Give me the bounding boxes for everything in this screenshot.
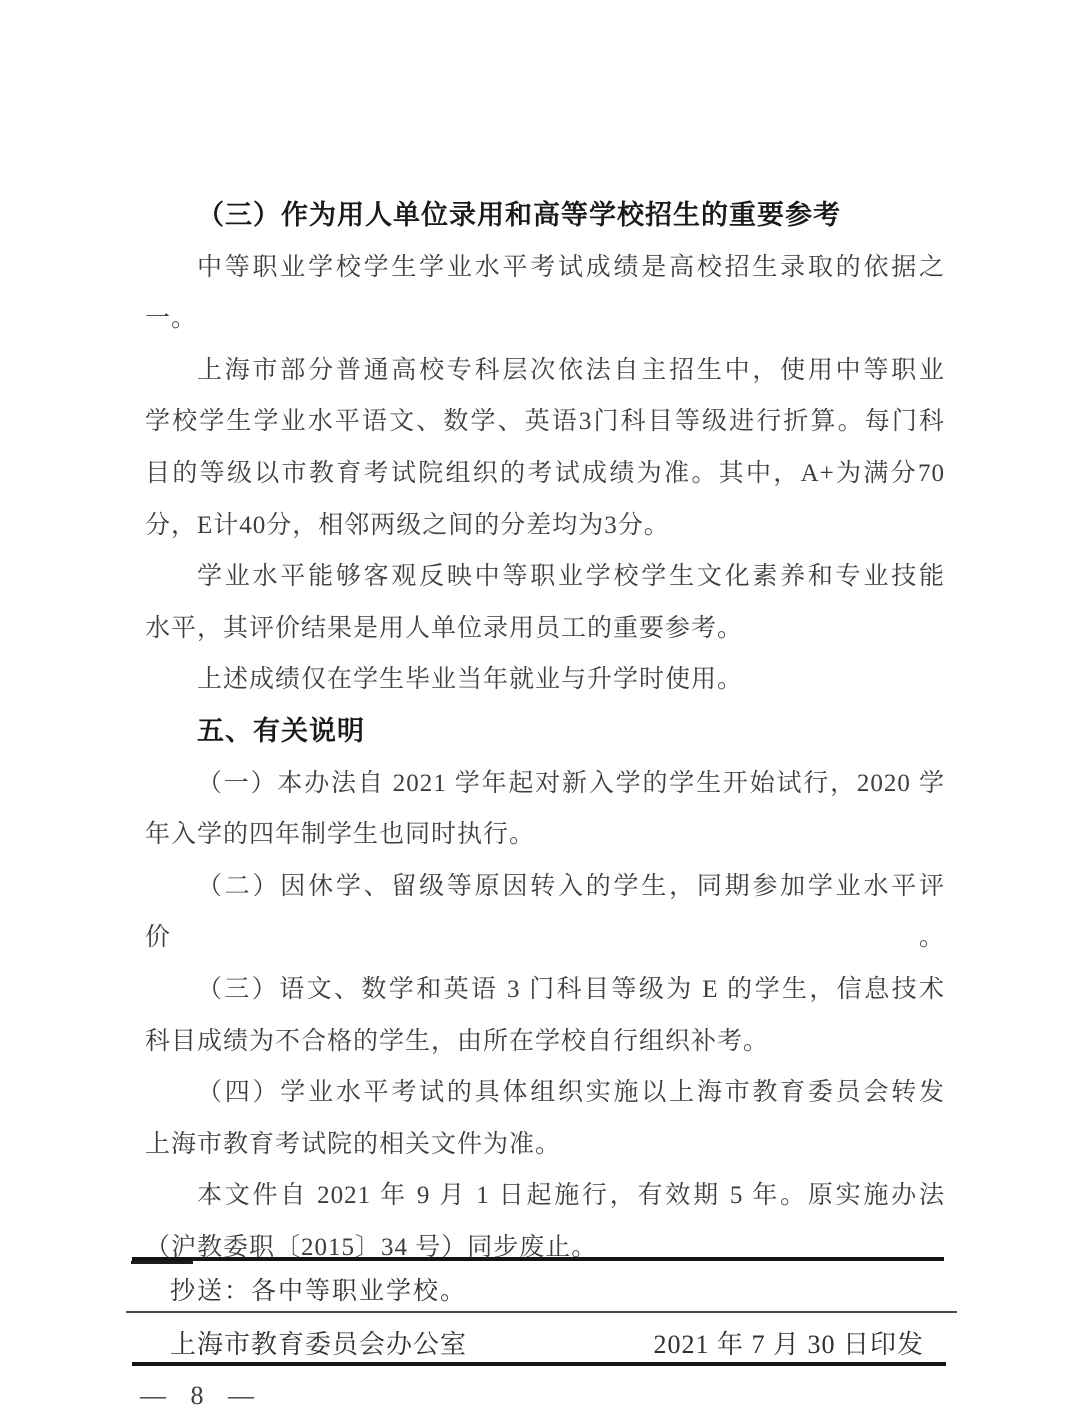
text-line: 本文件自 2021 年 9 月 1 日起施行，有效期 5 年。原实施办法 bbox=[145, 1170, 945, 1222]
text-line: 水平，其评价结果是用人单位录用员工的重要参考。 bbox=[145, 603, 945, 655]
issuing-office: 上海市教育委员会办公室 bbox=[170, 1330, 467, 1360]
text-line: 学业水平能够客观反映中等职业学校学生文化素养和专业技能 bbox=[145, 551, 945, 603]
heading-line: （三）作为用人单位录用和高等学校招生的重要参考 bbox=[145, 190, 945, 242]
footer-rule-bottom bbox=[132, 1362, 946, 1366]
text-line: （二）因休学、留级等原因转入的学生，同期参加学业水平评价。 bbox=[145, 861, 945, 964]
footer-rule-thin bbox=[126, 1311, 957, 1313]
text-line: （一）本办法自 2021 学年起对新入学的学生开始试行，2020 学 bbox=[145, 758, 945, 810]
text-line: 科目成绩为不合格的学生，由所在学校自行组织补考。 bbox=[145, 1016, 945, 1068]
heading-line: 五、有关说明 bbox=[145, 706, 945, 758]
document-body: （三）作为用人单位录用和高等学校招生的重要参考中等职业学校学生学业水平考试成绩是… bbox=[145, 190, 945, 1273]
issue-date: 2021 年 7 月 30 日印发 bbox=[653, 1330, 924, 1360]
footer-meta-row: 上海市教育委员会办公室 2021 年 7 月 30 日印发 bbox=[170, 1330, 924, 1360]
text-line: 年入学的四年制学生也同时执行。 bbox=[145, 809, 945, 861]
text-line: 目的等级以市教育考试院组织的考试成绩为准。其中，A+为满分70 bbox=[145, 448, 945, 500]
page-number: — 8 — bbox=[140, 1380, 254, 1412]
text-line: 上述成绩仅在学生毕业当年就业与升学时使用。 bbox=[145, 654, 945, 706]
text-line: 一。 bbox=[145, 293, 945, 345]
text-line: 中等职业学校学生学业水平考试成绩是高校招生录取的依据之 bbox=[145, 242, 945, 294]
cc-line: 抄送：各中等职业学校。 bbox=[170, 1278, 467, 1306]
document-page: （三）作为用人单位录用和高等学校招生的重要参考中等职业学校学生学业水平考试成绩是… bbox=[0, 0, 1080, 1427]
text-line: 上海市部分普通高校专科层次依法自主招生中，使用中等职业 bbox=[145, 345, 945, 397]
text-line: 学校学生学业水平语文、数学、英语3门科目等级进行折算。每门科 bbox=[145, 396, 945, 448]
text-line: （三）语文、数学和英语 3 门科目等级为 E 的学生，信息技术 bbox=[145, 964, 945, 1016]
text-line: 分，E计40分，相邻两级之间的分差均为3分。 bbox=[145, 500, 945, 552]
text-line: （沪教委职〔2015〕34 号）同步废止。 bbox=[145, 1222, 945, 1274]
text-line: 上海市教育考试院的相关文件为准。 bbox=[145, 1119, 945, 1171]
text-line: （四）学业水平考试的具体组织实施以上海市教育委员会转发 bbox=[145, 1067, 945, 1119]
